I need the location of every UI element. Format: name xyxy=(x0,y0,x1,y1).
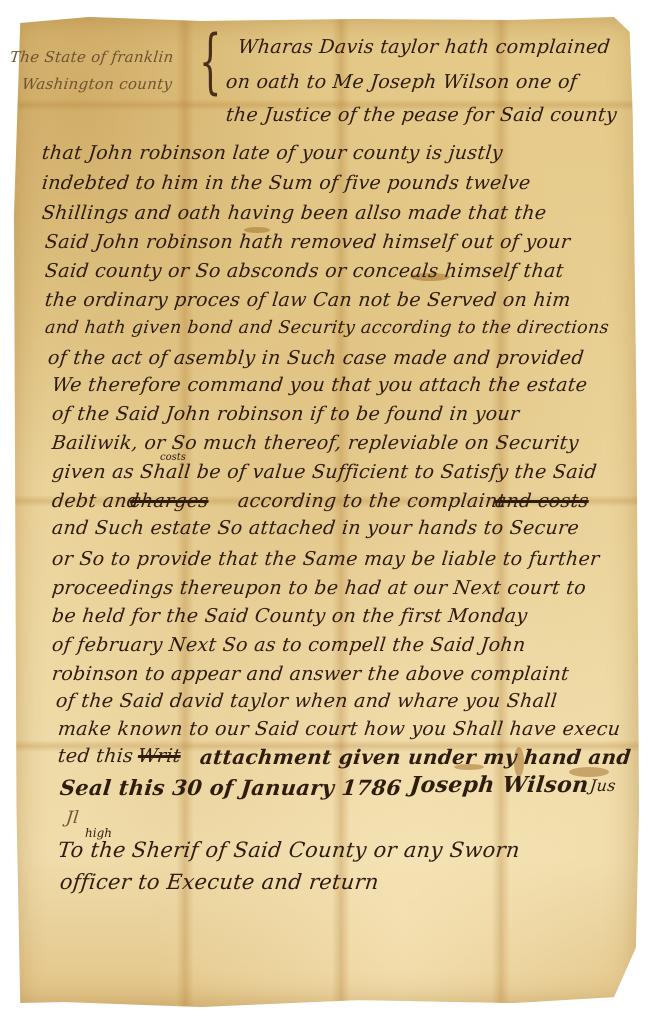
body-line: of february Next So as to compell the Sa… xyxy=(51,634,527,656)
body-line: be held for the Said County on the first… xyxy=(51,605,529,627)
brace-symbol: { xyxy=(199,20,221,102)
body-line: indebted to him in the Sum of five pound… xyxy=(41,172,532,194)
body-line: of the act of asembly in Such case made … xyxy=(47,347,585,369)
body-line: Said county or So absconds or conceals h… xyxy=(44,260,565,282)
interlineation-costs: costs xyxy=(160,452,186,463)
signature: Joseph Wilson xyxy=(409,772,590,798)
header-state: The State of franklin xyxy=(9,48,174,66)
opening-line: on oath to Me Joseph Wilson one of xyxy=(225,71,578,93)
body-line: attachment given under my hand and xyxy=(199,745,632,769)
address-line-1: Sherif of Said County or any Sworn xyxy=(131,838,521,862)
body-line: and hath given bond and Security accordi… xyxy=(44,318,610,338)
body-line: Bailiwik, or So much thereof, repleviabl… xyxy=(51,432,580,454)
body-line: ted this xyxy=(57,745,134,767)
body-line: given as Shall be of value Sufficient to… xyxy=(51,461,598,483)
body-line: according to the complaint xyxy=(237,490,507,512)
struck-word: and costs xyxy=(494,490,590,512)
body-line: We therefore command you that you attach… xyxy=(51,374,589,396)
address-to: To the xyxy=(57,838,127,862)
body-line: of the Said John robinson if to be found… xyxy=(51,403,521,425)
body-line: Said John robinson hath removed himself … xyxy=(44,231,572,253)
body-line: robinson to appear and answer the above … xyxy=(51,663,570,685)
body-line: debt and xyxy=(51,490,141,512)
date-line: Seal this 30 of January 1786 xyxy=(59,775,403,800)
body-line: make known to our Said court how you Sha… xyxy=(57,718,622,740)
body-line: the ordinary proces of law Can not be Se… xyxy=(44,289,572,311)
body-line: proceedings thereupon to be had at our N… xyxy=(51,577,587,599)
header-county: Washington county xyxy=(21,75,173,93)
opening-line: the Justice of the pease for Said county xyxy=(225,104,618,126)
address-line-2: officer to Execute and return xyxy=(59,870,380,894)
struck-word: charges xyxy=(129,490,210,512)
body-line: of the Said david taylor when and whare … xyxy=(55,690,558,712)
struck-word: Writ xyxy=(137,745,182,767)
body-line: or So to provide that the Same may be li… xyxy=(51,548,601,570)
body-line: and Such estate So attached in your hand… xyxy=(51,517,580,539)
mark: Jl xyxy=(65,808,80,828)
signature-suffix: Jus xyxy=(589,776,617,795)
body-line: that John robinson late of your county i… xyxy=(41,142,504,164)
opening-line: Wharas Davis taylor hath complained xyxy=(237,36,611,58)
body-line: Shillings and oath having been allso mad… xyxy=(41,202,548,224)
